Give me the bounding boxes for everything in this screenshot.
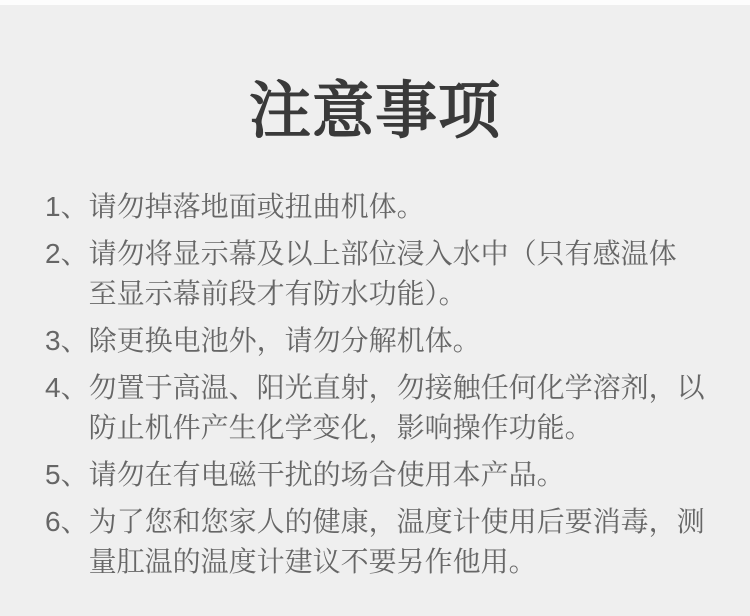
list-item: 3、 除更换电池外，请勿分解机体。 <box>45 321 712 361</box>
item-text: 除更换电池外，请勿分解机体。 <box>89 321 712 361</box>
list-item: 1、 请勿掉落地面或扭曲机体。 <box>45 187 712 227</box>
item-number: 2、 <box>45 234 89 274</box>
item-text: 请勿在有电磁干扰的场合使用本产品。 <box>89 455 712 495</box>
item-number: 3、 <box>45 321 89 361</box>
item-text: 请勿掉落地面或扭曲机体。 <box>89 187 712 227</box>
item-text: 请勿将显示幕及以上部位浸入水中（只有感温体 至显示幕前段才有防水功能）。 <box>89 234 712 314</box>
item-number: 6、 <box>45 502 89 542</box>
list-item: 5、 请勿在有电磁干扰的场合使用本产品。 <box>45 455 712 495</box>
top-divider-strip <box>0 0 750 5</box>
list-item: 2、 请勿将显示幕及以上部位浸入水中（只有感温体 至显示幕前段才有防水功能）。 <box>45 234 712 314</box>
page-title: 注意事项 <box>0 79 750 144</box>
item-text: 为了您和您家人的健康，温度计使用后要消毒，测 量肛温的温度计建议不要另作他用。 <box>89 502 712 582</box>
item-number: 4、 <box>45 368 89 408</box>
list-item: 4、 勿置于高温、阳光直射，勿接触任何化学溶剂，以 防止机件产生化学变化，影响操… <box>45 368 712 448</box>
item-text: 勿置于高温、阳光直射，勿接触任何化学溶剂，以 防止机件产生化学变化，影响操作功能… <box>89 368 712 448</box>
item-number: 1、 <box>45 187 89 227</box>
item-number: 5、 <box>45 455 89 495</box>
notice-list: 1、 请勿掉落地面或扭曲机体。 2、 请勿将显示幕及以上部位浸入水中（只有感温体… <box>0 187 750 582</box>
list-item: 6、 为了您和您家人的健康，温度计使用后要消毒，测 量肛温的温度计建议不要另作他… <box>45 502 712 582</box>
